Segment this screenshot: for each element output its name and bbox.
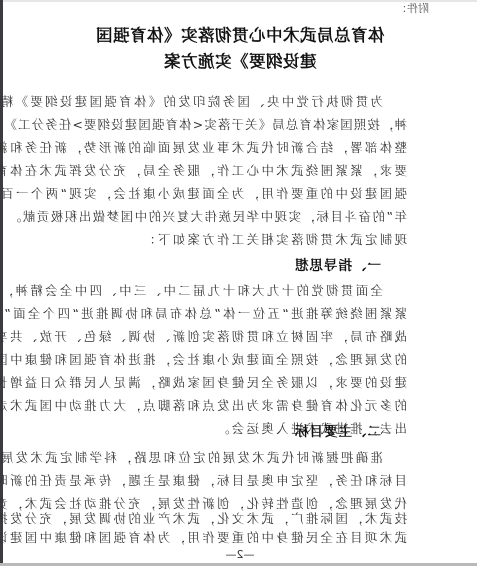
- document-title-line-1: 体育总局武术中心贯彻落实《体育强国: [3, 22, 477, 46]
- document-page: 附件： 体育总局武术中心贯彻落实《体育强国 建设纲要》实施方案 为贯彻执行党中央…: [3, 0, 477, 563]
- section1-line: 建设的要求，以服务全民健身国家战略，满足人民群众日益增长: [0, 373, 407, 391]
- intro-line: 为贯彻执行党中央、国务院印发的《体育强国建设纲要》精: [0, 92, 383, 110]
- section2-line: 目标和任务，坚定申奥是目标，健康是主题，传承是责任的新时: [0, 471, 407, 489]
- document-title-line-2: 建设纲要》实施方案: [3, 48, 477, 72]
- intro-line: 年”的奋斗目标，实现中华民族伟大复兴的中国梦做出积极贡献。: [7, 207, 407, 225]
- section1-line: 的多元化体育健身需求为出发点和落脚点，大力推动中国武术走: [0, 396, 407, 414]
- page-number: —2—: [3, 548, 477, 561]
- section2-line: 准确把握新时代武术发展的定位和思路，科学制定武术发展: [0, 448, 383, 466]
- section-heading-guiding-ideology: 一、指导思想: [294, 254, 381, 274]
- section1-line: 的发展理念，按照全面建成小康社会，推进体育强国和健康中国: [0, 350, 407, 368]
- section2-line: 技武术，国际推广，武术文化，武术产业的协调发展，充分发挥: [0, 509, 407, 527]
- section2-line: 武术项目在全民健身中的重要作用，为体育强国和健康中国建设: [0, 528, 407, 546]
- section-heading-main-goals: 二、主要目标: [294, 420, 381, 440]
- intro-line: 神，按照国家体育总局《关于落实<体育强国建设纲要>任务分工》: [3, 115, 407, 133]
- intro-line: 现制定武术贯彻落实相关工作方案如下：: [141, 230, 407, 248]
- section1-line: 战略布局，牢固树立和贯彻落实创新、协调、绿色、开放、共享: [0, 327, 407, 345]
- attachment-label: 附件：: [396, 0, 429, 16]
- intro-line: 整体部署，结合新时代武术事业发展面临的新形势，新任务和新: [0, 138, 407, 156]
- section1-line: 全面贯彻党的十九大和十九届二中、三中、四中全会精神，: [0, 281, 383, 299]
- section1-line: 紧紧围绕统筹推进“五位一体”总体布局和协调推进“四个全面”: [2, 304, 407, 322]
- intro-line: 强国建设中的重要作用，为全面建成小康社会，实现“两个一百: [0, 184, 407, 202]
- intro-line: 要求，紧紧围绕武术中心工作，服务全局，充分发挥武术在体育: [0, 161, 407, 179]
